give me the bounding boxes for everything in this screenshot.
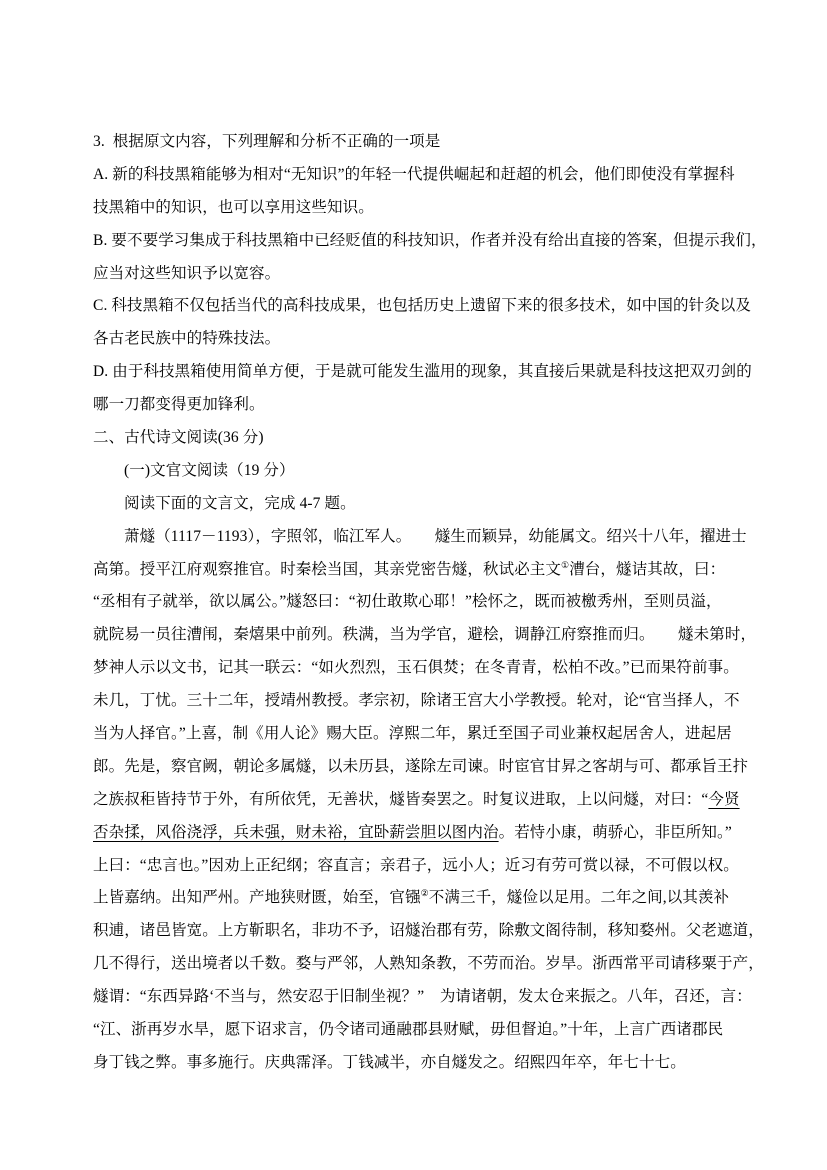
passage-text: 上皆嘉纳。出知严州。产地狭财匮，始至，官镪 xyxy=(93,889,421,906)
passage-text: 身丁钱之弊。事多施行。庆典霈泽。丁钱减半，亦自燧发之。绍熙四年卒，年七十七。 xyxy=(93,1054,686,1071)
passage-text: 几不得行，送出境者以千数。婺与严邻，人熟知条教，不劳而治。岁旱。浙西常平司请移粟… xyxy=(93,955,764,972)
passage-line: 未几，丁忧。三十二年，授靖州教授。孝宗初，除诸王宫大小学教授。轮对，论“官当择人… xyxy=(93,685,769,718)
option-d-line-2: 哪一刀都变得更加锋利。 xyxy=(93,389,769,422)
passage-text: 上曰：“忠言也。”因劝上正纪纲；容直言；亲君子，远小人；近习有劳可赏以禄，不可假… xyxy=(93,857,739,874)
option-a-line-1: A. 新的科技黑箱能够为相对“无知识”的年轻一代提供崛起和赶超的机会，他们即使没… xyxy=(93,159,769,192)
underlined-clause: 否杂揉，风俗浇浮，兵未强，财未裕，宜卧薪尝胆以图内治 xyxy=(93,824,499,841)
passage-line: 梦神人示以文书，记其一联云：“如火烈烈，玉石俱焚；在冬青青，松柏不改。”已而果符… xyxy=(93,652,769,685)
passage-text: 就院易一员往漕闱，秦熺果中前列。秩满，当为学官，避桧，调静江府察推而归。 燧未第… xyxy=(93,626,756,643)
passage-text: “江、浙再岁水旱，愿下诏求言，仍令诸司通融郡县财赋，毋但督迫。”十年，上言广西诸… xyxy=(93,1021,723,1038)
passage-text: 萧燧（1117－1193），字照邻，临江军人。 燧生而颖异，幼能属文。绍兴十八年… xyxy=(124,528,747,545)
passage-line: 高第。授平江府观察推官。时秦桧当国，其亲党密告燧，秋试必主文①漕台，燧诘其故，曰… xyxy=(93,554,769,587)
passage-line: 燧谓：“东西异路‘不当与，然安忍于旧制坐视？” 为请诸朝，发太仓来振之。八年，召… xyxy=(93,981,769,1014)
passage-line: 积逋，诸邑皆宽。上方靳职名，非功不予，诏燧治郡有劳，除敷文阁待制，移知婺州。父老… xyxy=(93,915,769,948)
passage-text: 郎。先是，察官阙，朝论多属燧，以未历县，遂除左司谏。时宦官甘昇之客胡与可、都承旨… xyxy=(93,758,748,775)
passage-line: 几不得行，送出境者以千数。婺与严邻，人熟知条教，不劳而治。岁旱。浙西常平司请移粟… xyxy=(93,948,769,981)
passage-text: 未几，丁忧。三十二年，授靖州教授。孝宗初，除诸王宫大小学教授。轮对，论“官当择人… xyxy=(93,692,740,709)
passage-text: “丞相有子就举，欲以属公。”燧怒曰：“初仕敢欺心耶！”桧怀之，既而被檄秀州，至则… xyxy=(93,593,722,610)
option-a-line-2: 技黑箱中的知识，也可以享用这些知识。 xyxy=(93,192,769,225)
passage-text: 积逋，诸邑皆宽。上方靳职名，非功不予，诏燧治郡有劳，除敷文阁待制，移知婺州。父老… xyxy=(93,922,764,939)
passage-text: 高第。授平江府观察推官。时秦桧当国，其亲党密告燧，秋试必主文 xyxy=(93,561,561,578)
passage-line: 否杂揉，风俗浇浮，兵未强，财未裕，宜卧薪尝胆以图内治。若恃小康，萌骄心，非臣所知… xyxy=(93,817,769,850)
reading-instruction: 阅读下面的文言文，完成 4-7 题。 xyxy=(93,488,769,521)
question-3-stem: 3. 根据原文内容，下列理解和分析不正确的一项是 xyxy=(93,126,769,159)
section-2-block: 二、古代诗文阅读(36 分) (一)文官文阅读（19 分） 阅读下面的文言文，完… xyxy=(93,422,769,521)
underlined-clause: 今贤 xyxy=(708,791,739,808)
passage-line: 身丁钱之弊。事多施行。庆典霈泽。丁钱减半，亦自燧发之。绍熙四年卒，年七十七。 xyxy=(93,1047,769,1080)
passage-line: 就院易一员往漕闱，秦熺果中前列。秩满，当为学官，避桧，调静江府察推而归。 燧未第… xyxy=(93,619,769,652)
passage-line: 上曰：“忠言也。”因劝上正纪纲；容直言；亲君子，远小人；近习有劳可赏以禄，不可假… xyxy=(93,850,769,883)
passage-line: 当为人择官。”上喜，制《用人论》赐大臣。淳熙二年，累迁至国子司业兼权起居舍人，进… xyxy=(93,718,769,751)
passage-line: 郎。先是，察官阙，朝论多属燧，以未历县，遂除左司谏。时宦官甘昇之客胡与可、都承旨… xyxy=(93,751,769,784)
option-b-line-1: B. 要不要学习集成于科技黑箱中已经贬值的科技知识，作者并没有给出直接的答案，但… xyxy=(93,225,769,258)
passage-text: 。若恃小康，萌骄心，非臣所知。” xyxy=(499,824,732,841)
question-3-block: 3. 根据原文内容，下列理解和分析不正确的一项是 A. 新的科技黑箱能够为相对“… xyxy=(93,126,769,422)
document-page: 3. 根据原文内容，下列理解和分析不正确的一项是 A. 新的科技黑箱能够为相对“… xyxy=(93,126,769,1080)
passage-text: 不满三千，燧俭以足用。二年之间,以其羡补 xyxy=(429,889,729,906)
passage-text: 漕台，燧诘其故，曰： xyxy=(569,561,725,578)
option-c-line-1: C. 科技黑箱不仅包括当代的高科技成果，也包括历史上遗留下来的很多技术，如中国的… xyxy=(93,290,769,323)
classical-passage: 萧燧（1117－1193），字照邻，临江军人。 燧生而颖异，幼能属文。绍兴十八年… xyxy=(93,521,769,1080)
passage-text: 燧谓：“东西异路‘不当与，然安忍于旧制坐视？” 为请诸朝，发太仓来振之。八年，召… xyxy=(93,988,752,1005)
passage-text: 当为人择官。”上喜，制《用人论》赐大臣。淳熙二年，累迁至国子司业兼权起居舍人，进… xyxy=(93,725,732,742)
passage-line: 之族叔秬皆持节于外，有所依凭，无善状，燧皆奏罢之。时复议进取，上以问燧，对曰：“… xyxy=(93,784,769,817)
passage-text: 之族叔秬皆持节于外，有所依凭，无善状，燧皆奏罢之。时复议进取，上以问燧，对曰：“ xyxy=(93,791,708,808)
option-b-line-2: 应当对这些知识予以宽容。 xyxy=(93,258,769,291)
footnote-marker-1: ① xyxy=(561,559,569,569)
passage-line: “丞相有子就举，欲以属公。”燧怒曰：“初仕敢欺心耶！”桧怀之，既而被檄秀州，至则… xyxy=(93,586,769,619)
passage-line: “江、浙再岁水旱，愿下诏求言，仍令诸司通融郡县财赋，毋但督迫。”十年，上言广西诸… xyxy=(93,1014,769,1047)
passage-line: 萧燧（1117－1193），字照邻，临江军人。 燧生而颖异，幼能属文。绍兴十八年… xyxy=(93,521,769,554)
passage-text: 梦神人示以文书，记其一联云：“如火烈烈，玉石俱焚；在冬青青，松柏不改。”已而果符… xyxy=(93,659,739,676)
subsection-heading: (一)文官文阅读（19 分） xyxy=(93,455,769,488)
section-heading: 二、古代诗文阅读(36 分) xyxy=(93,422,769,455)
option-c-line-2: 各古老民族中的特殊技法。 xyxy=(93,323,769,356)
passage-line: 上皆嘉纳。出知严州。产地狭财匮，始至，官镪②不满三千，燧俭以足用。二年之间,以其… xyxy=(93,882,769,915)
option-d-line-1: D. 由于科技黑箱使用简单方便，于是就可能发生滥用的现象，其直接后果就是科技这把… xyxy=(93,356,769,389)
footnote-marker-2: ② xyxy=(421,888,429,898)
